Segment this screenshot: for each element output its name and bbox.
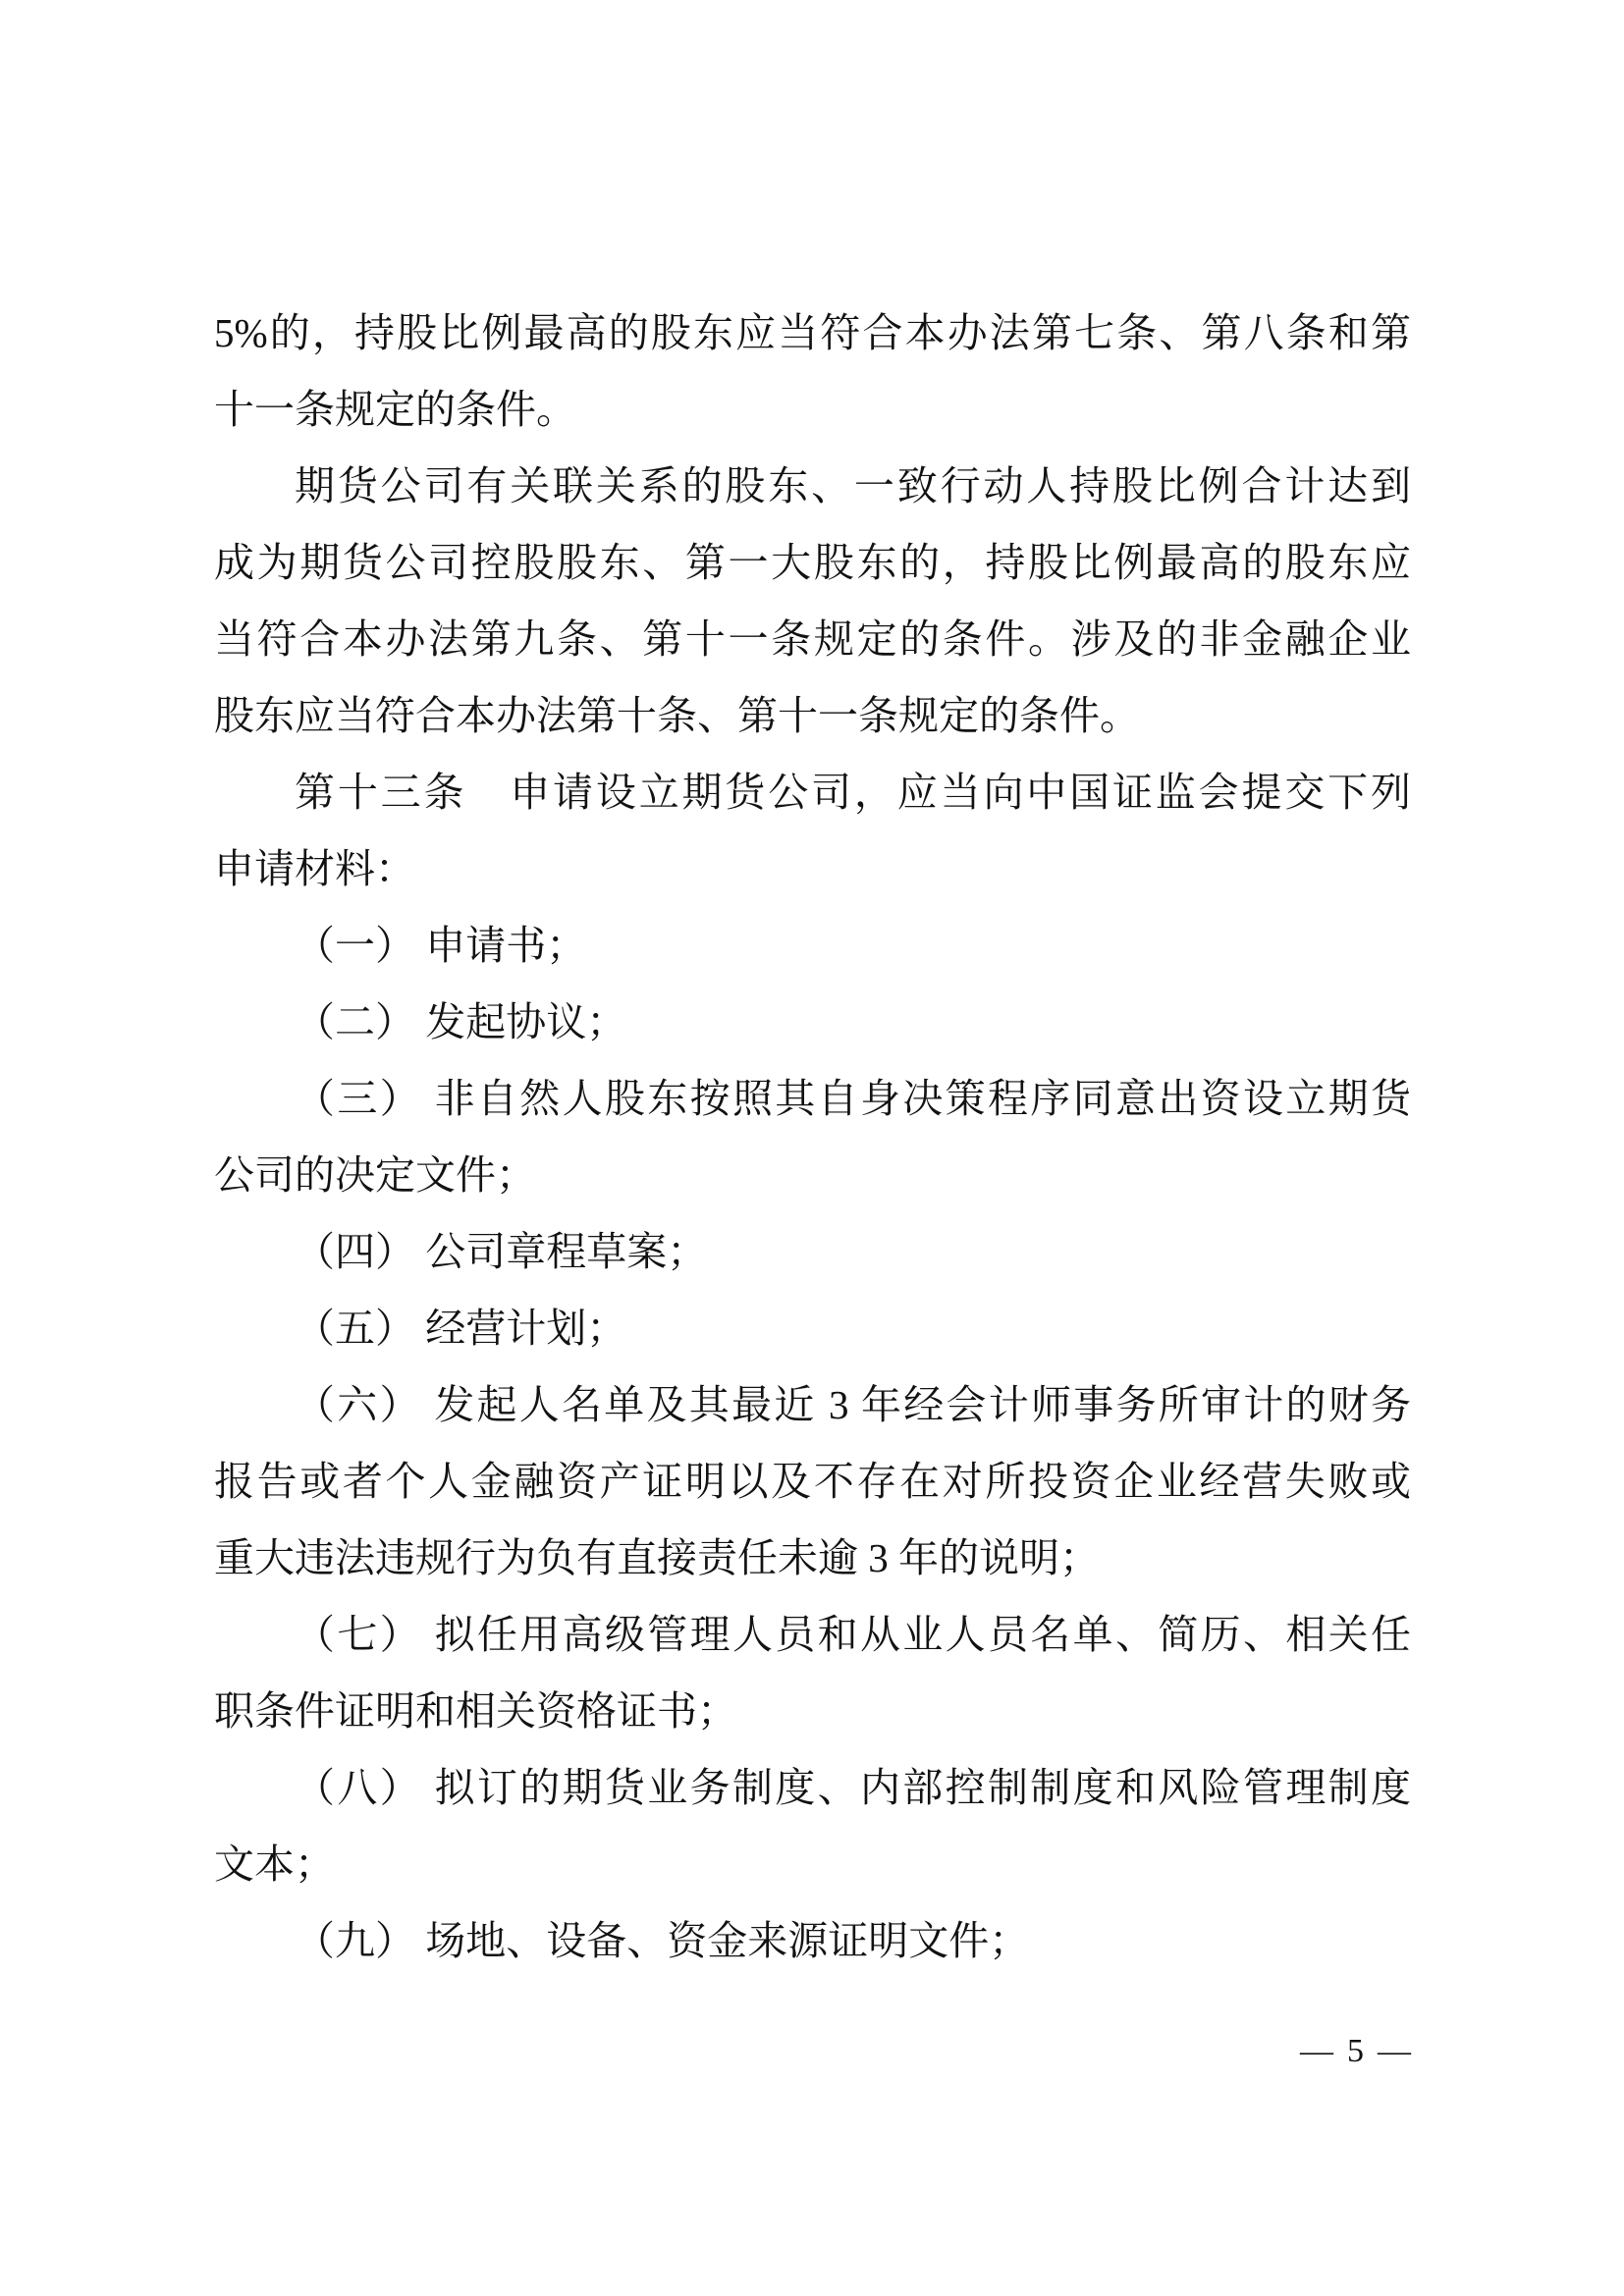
text-line: 5%的，持股比例最高的股东应当符合本办法第七条、第八条和第 [214,294,1411,371]
text-line: 成为期货公司控股股东、第一大股东的，持股比例最高的股东应 [214,524,1411,601]
text-line: 股东应当符合本办法第十条、第十一条规定的条件。 [214,677,1411,754]
text-line: （六） 发起人名单及其最近 3 年经会计师事务所审计的财务 [214,1366,1411,1443]
text-line: （九） 场地、设备、资金来源证明文件； [214,1902,1411,1979]
text-line: 报告或者个人金融资产证明以及不存在对所投资企业经营失败或 [214,1443,1411,1520]
text-line: 当符合本办法第九条、第十一条规定的条件。涉及的非金融企业 [214,601,1411,677]
text-line: （五） 经营计划； [214,1290,1411,1366]
text-line: 期货公司有关联关系的股东、一致行动人持股比例合计达到 [214,448,1411,524]
text-line: （二） 发起协议； [214,984,1411,1060]
text-line: 公司的决定文件； [214,1137,1411,1213]
text-line: 申请材料： [214,830,1411,907]
footer-dash-left: — [1300,2033,1333,2069]
text-line: 第十三条 申请设立期货公司，应当向中国证监会提交下列 [214,754,1411,830]
text-line: （四） 公司章程草案； [214,1213,1411,1290]
text-line: （三） 非自然人股东按照其自身决策程序同意出资设立期货 [214,1060,1411,1137]
text-line: 十一条规定的条件。 [214,371,1411,448]
footer-dash-right: — [1378,2033,1411,2069]
document-page: 5%的，持股比例最高的股东应当符合本办法第七条、第八条和第十一条规定的条件。期货… [0,0,1624,2296]
page-footer: —5— [214,2028,1411,2075]
page-number: 5 [1347,2033,1364,2069]
text-line: （一） 申请书； [214,907,1411,984]
text-line: （七） 拟任用高级管理人员和从业人员名单、简历、相关任 [214,1596,1411,1673]
text-line: 文本； [214,1826,1411,1902]
text-line: （八） 拟订的期货业务制度、内部控制制度和风险管理制度 [214,1749,1411,1826]
text-line: 重大违法违规行为负有直接责任未逾 3 年的说明； [214,1520,1411,1596]
document-body: 5%的，持股比例最高的股东应当符合本办法第七条、第八条和第十一条规定的条件。期货… [214,294,1411,1979]
text-line: 职条件证明和相关资格证书； [214,1673,1411,1749]
